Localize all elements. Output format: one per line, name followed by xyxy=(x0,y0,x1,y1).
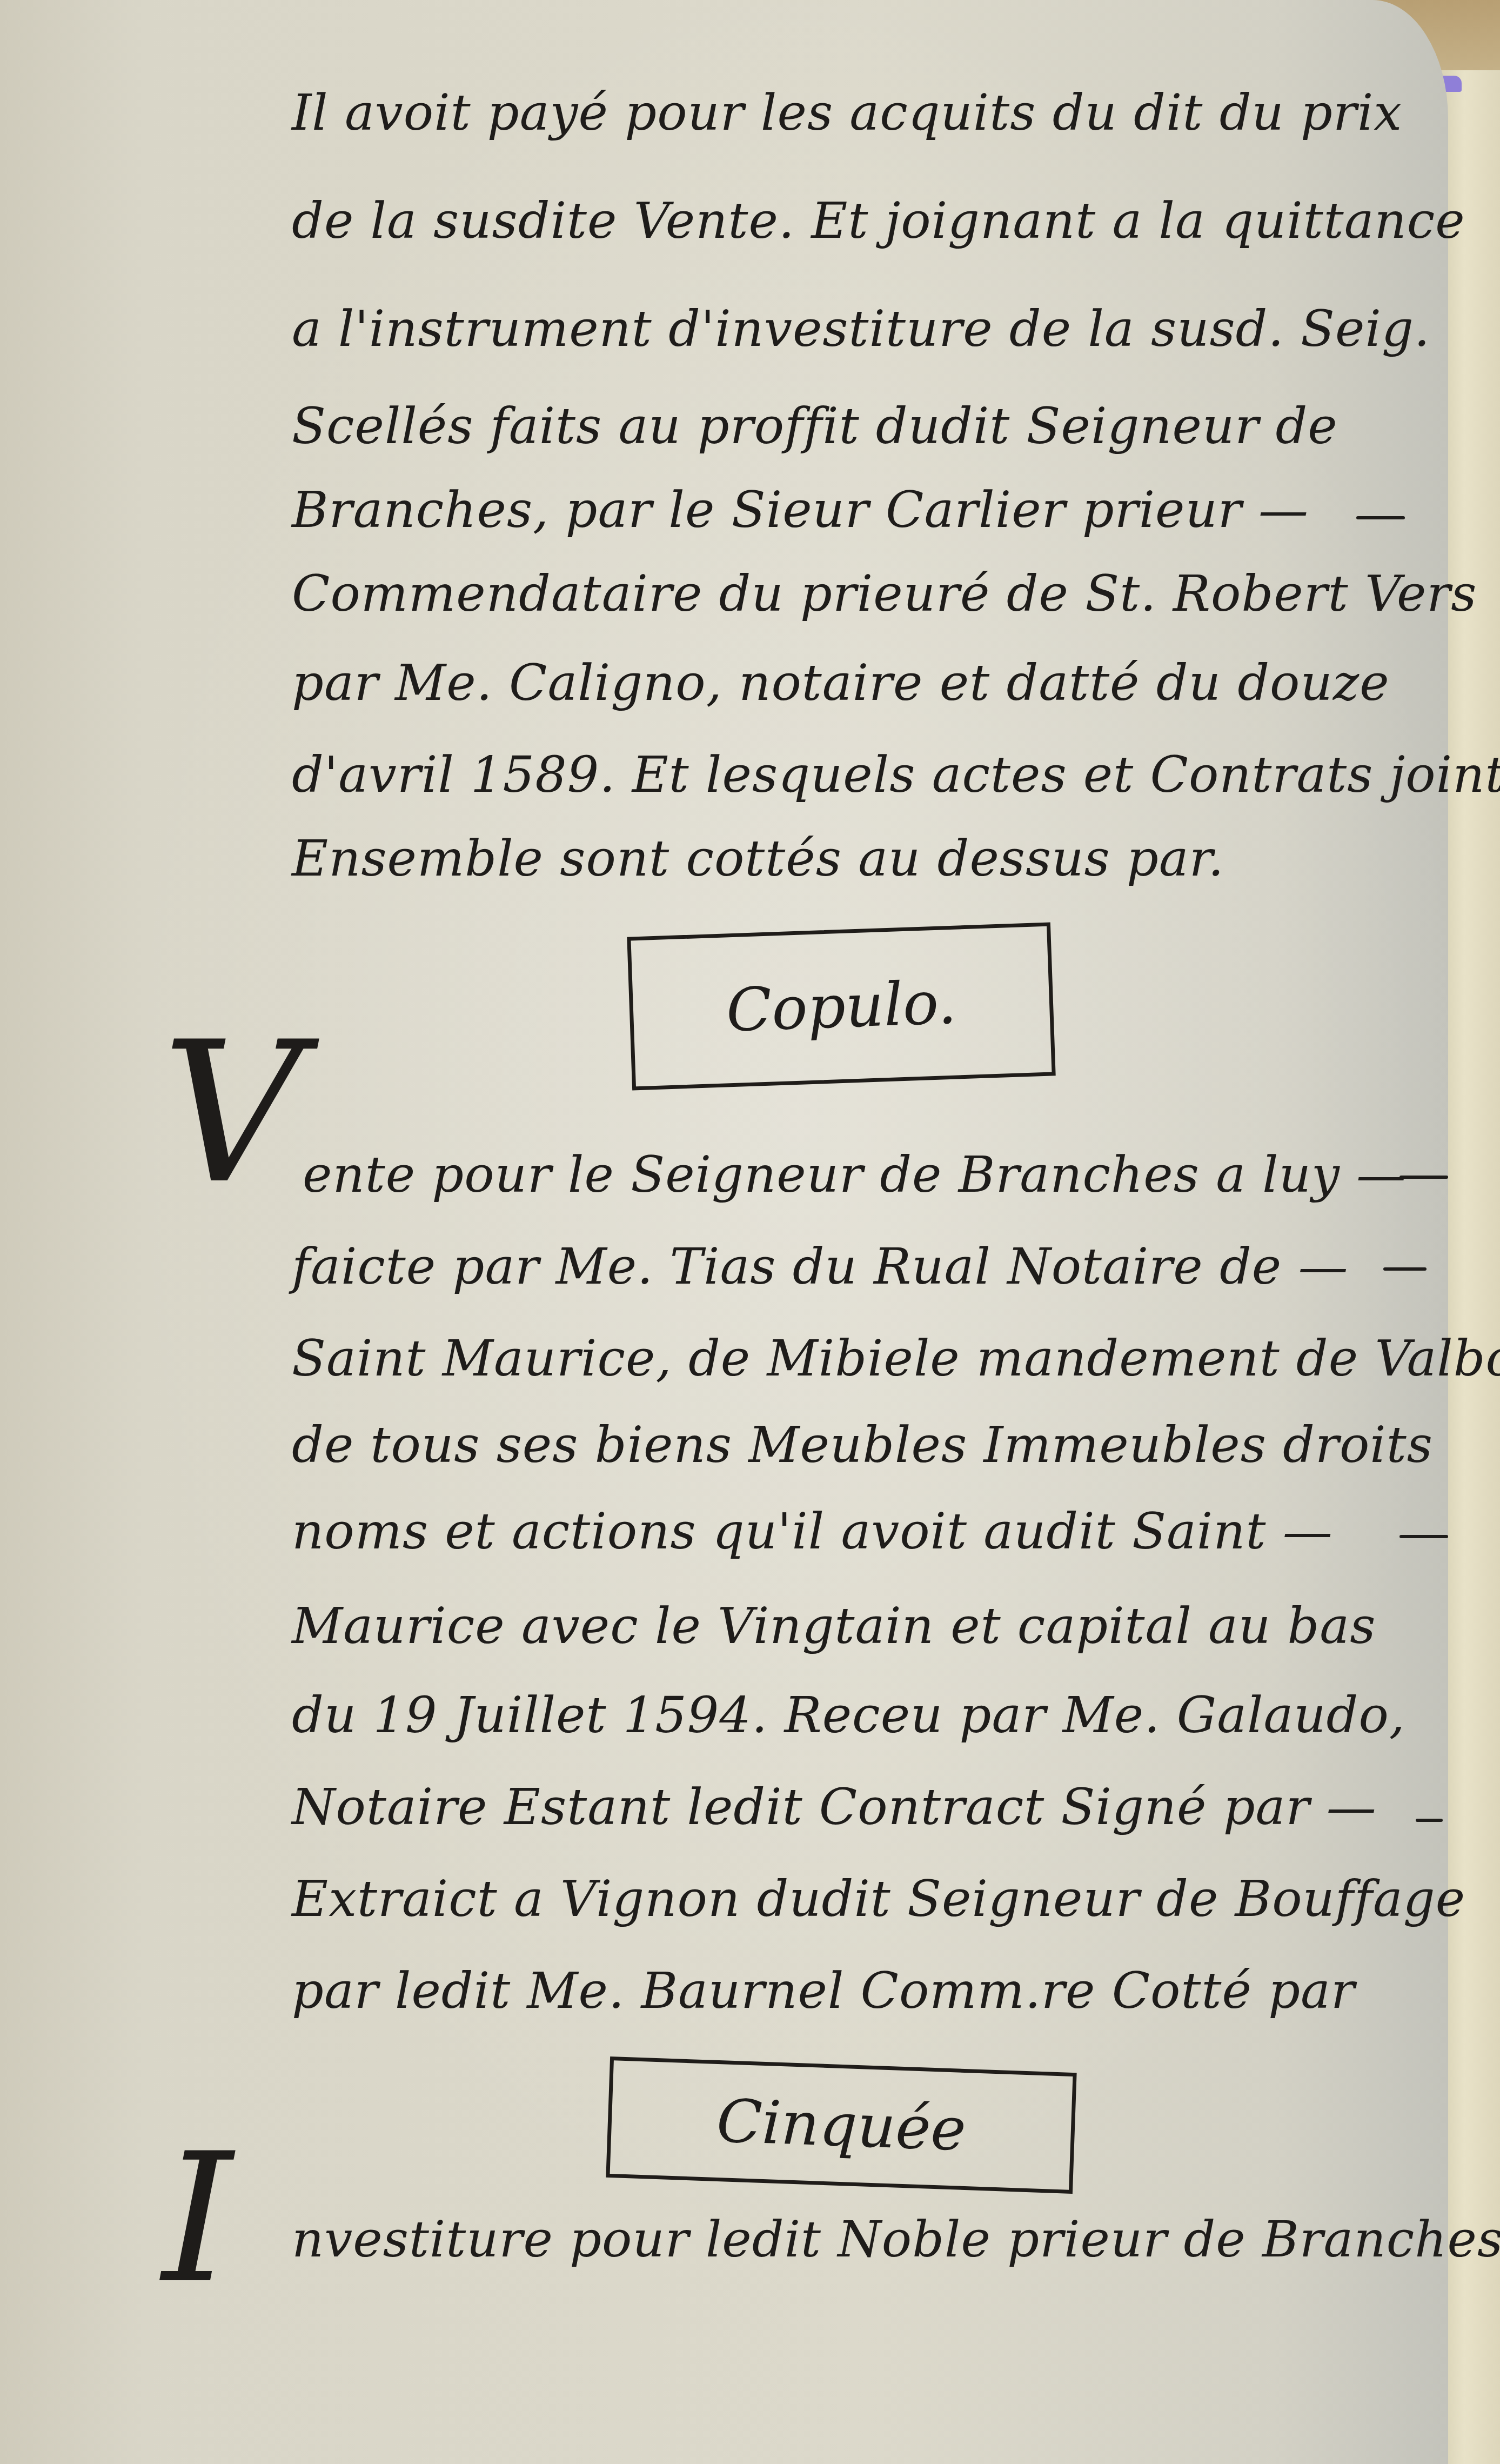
text-line: Maurice avec le Vingtain et capital au b… xyxy=(292,1597,1376,1655)
text-line: Commendataire du prieuré de St. Robert V… xyxy=(292,565,1477,623)
line-filler-dash xyxy=(1356,516,1405,519)
text-line: Branches, par le Sieur Carlier prieur — xyxy=(292,481,1309,539)
text-line: a l'instrument d'investiture de la susd.… xyxy=(292,300,1430,358)
line-filler-dash xyxy=(1416,1819,1443,1822)
line-filler-dash xyxy=(1399,1535,1448,1538)
boxed-heading-cinquee: Cinquée xyxy=(606,2056,1076,2194)
text-line: faicte par Me. Tias du Rual Notaire de — xyxy=(292,1238,1349,1296)
text-line: noms et actions qu'il avoit audit Saint … xyxy=(292,1503,1333,1560)
decorative-initial: I xyxy=(162,2129,232,2308)
text-line: par ledit Me. Baurnel Comm.re Cotté par xyxy=(292,1962,1355,2020)
text-line: du 19 Juillet 1594. Receu par Me. Galaud… xyxy=(292,1686,1405,1744)
text-line: nvestiture pour ledit Noble prieur de Br… xyxy=(292,2211,1500,2268)
text-line: de tous ses biens Meubles Immeubles droi… xyxy=(292,1416,1433,1474)
text-line: Extraict a Vignon dudit Seigneur de Bouf… xyxy=(292,1870,1465,1928)
text-line: Il avoit payé pour les acquits du dit du… xyxy=(292,84,1402,142)
manuscript-page: Il avoit payé pour les acquits du dit du… xyxy=(0,0,1448,2464)
text-line: Saint Maurice, de Mibiele mandement de V… xyxy=(292,1330,1500,1387)
underlying-page-edge xyxy=(1441,70,1500,2464)
text-line: par Me. Caligno, notaire et datté du dou… xyxy=(292,654,1390,712)
text-line: ente pour le Seigneur de Branches a luy … xyxy=(303,1146,1407,1204)
boxed-heading-copulo: Copulo. xyxy=(627,922,1055,1090)
line-filler-dash xyxy=(1383,1267,1427,1271)
text-line: de la susdite Vente. Et joignant a la qu… xyxy=(292,192,1465,250)
text-line: Scellés faits au proffit dudit Seigneur … xyxy=(292,397,1338,455)
text-line: Notaire Estant ledit Contract Signé par … xyxy=(292,1778,1377,1836)
boxed-heading-label: Cinquée xyxy=(715,2086,967,2164)
boxed-heading-label: Copulo. xyxy=(725,968,957,1045)
text-line: d'avril 1589. Et lesquels actes et Contr… xyxy=(292,746,1500,804)
text-line: Ensemble sont cottés au dessus par. xyxy=(292,830,1224,887)
line-filler-dash xyxy=(1399,1176,1448,1179)
decorative-initial: V xyxy=(162,1016,303,1211)
